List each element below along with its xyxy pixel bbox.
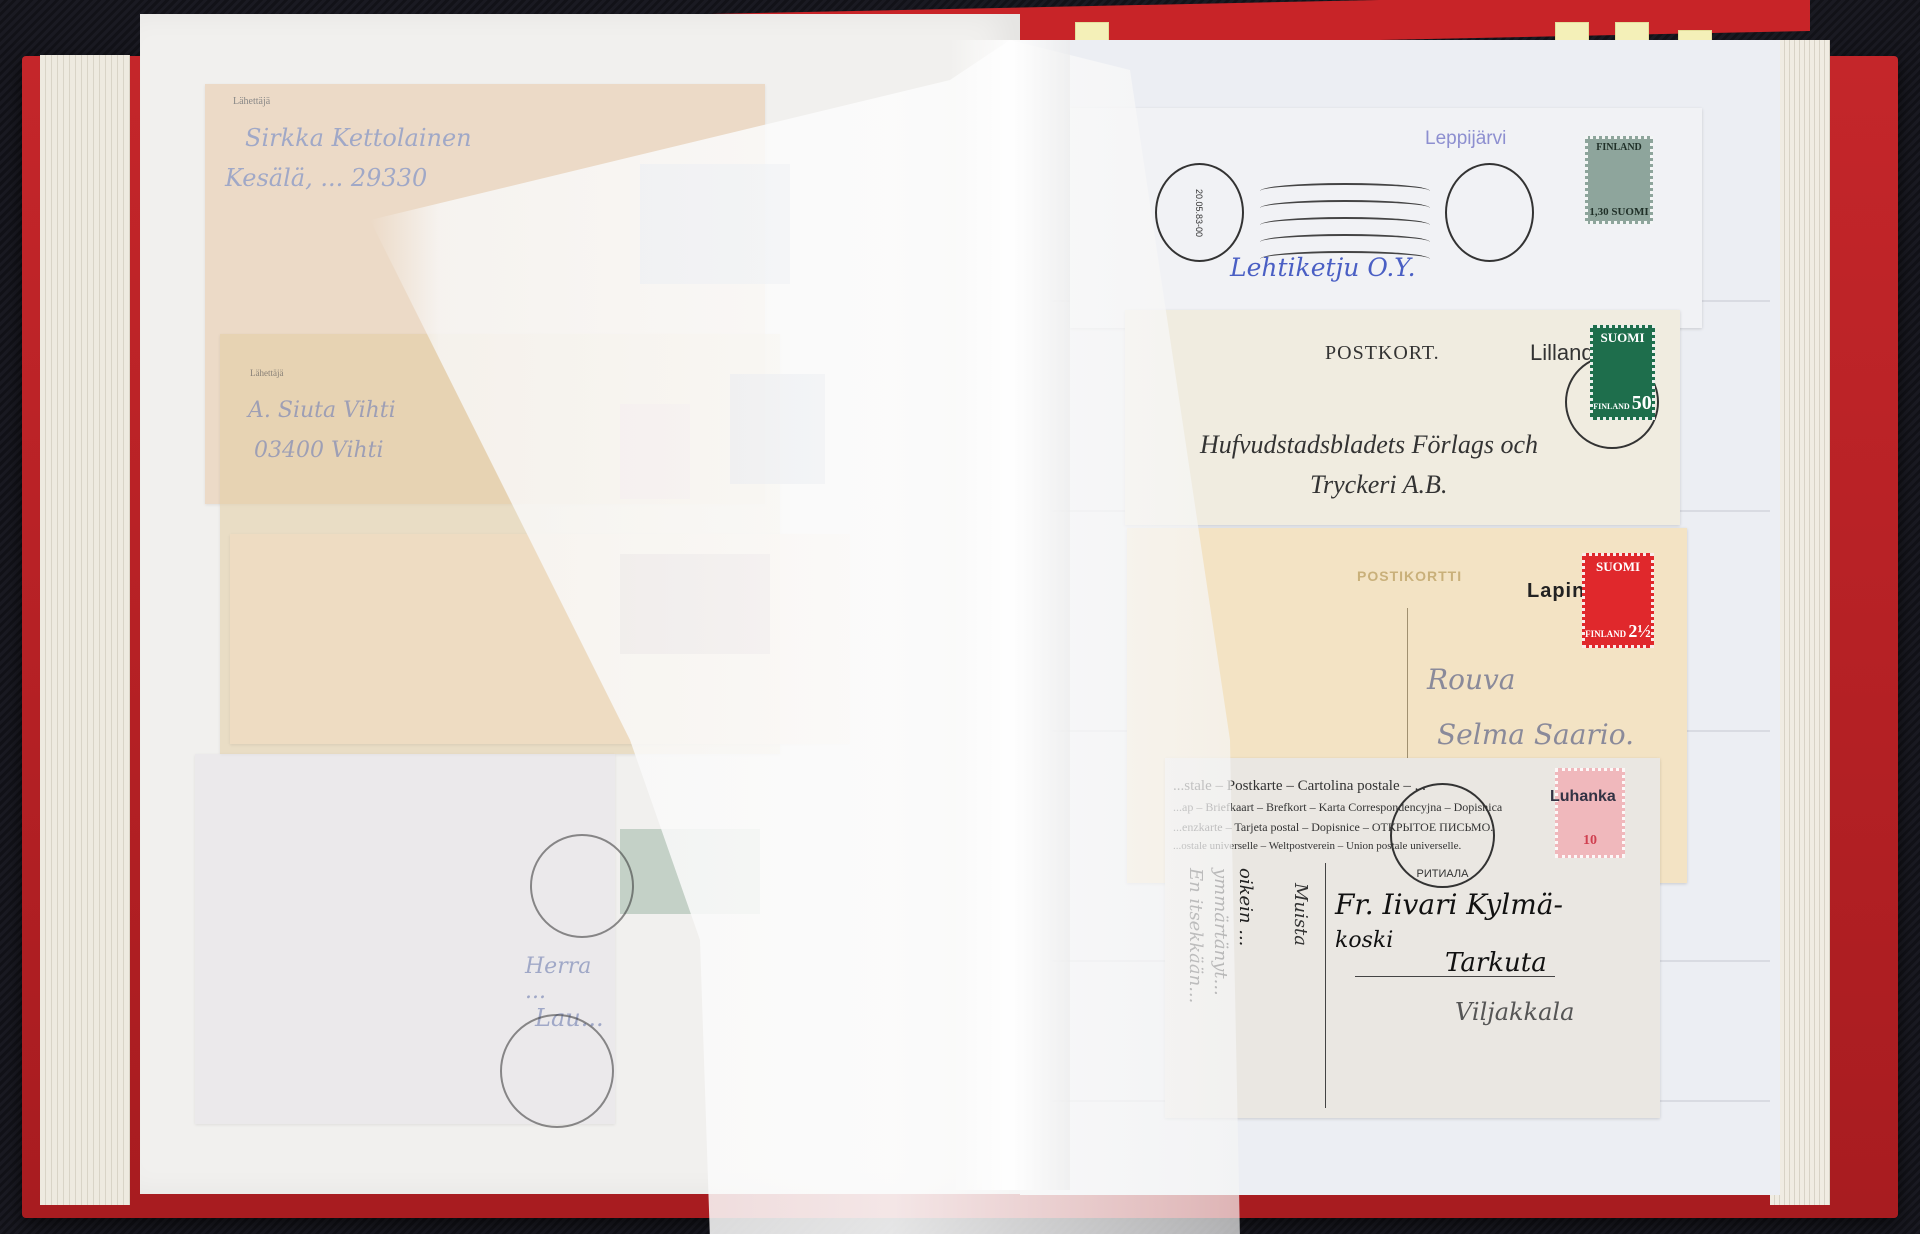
cancel-wave xyxy=(1260,183,1430,199)
envelope-leppijarvi: Leppijärvi 20.05.83-00 FINLAND 1,30 SUOM… xyxy=(1070,108,1702,328)
cds-ritiala: РИТИАЛА xyxy=(1390,783,1495,888)
left-page-edges xyxy=(40,55,130,1205)
stamp-finland-1-30: FINLAND 1,30 SUOMI xyxy=(1585,136,1653,224)
glassine-fold-highlight xyxy=(950,40,1070,1190)
cancel-wave xyxy=(1260,200,1430,216)
cancel-wave xyxy=(1260,234,1430,250)
machine-cancel xyxy=(1445,163,1534,262)
stamp-russia-10: 10 xyxy=(1555,768,1625,858)
postcard-upu: ...stale – Postkarte – Cartolina postale… xyxy=(1165,758,1660,1118)
stamp-finland-50: SUOMI FINLAND 50 xyxy=(1590,325,1655,420)
postcard-postkort: POSTKORT. Lillandet NAGU SUOMI FINLAND 5… xyxy=(1125,310,1680,525)
cancel-wave xyxy=(1260,217,1430,233)
divider-line xyxy=(1325,863,1326,1108)
postmark-circle xyxy=(500,1014,614,1128)
stamp-finland-2-5: SUOMI FINLAND 2½ xyxy=(1582,553,1654,648)
postmark-circle xyxy=(530,834,634,938)
machine-cancel: 20.05.83-00 xyxy=(1155,163,1244,262)
